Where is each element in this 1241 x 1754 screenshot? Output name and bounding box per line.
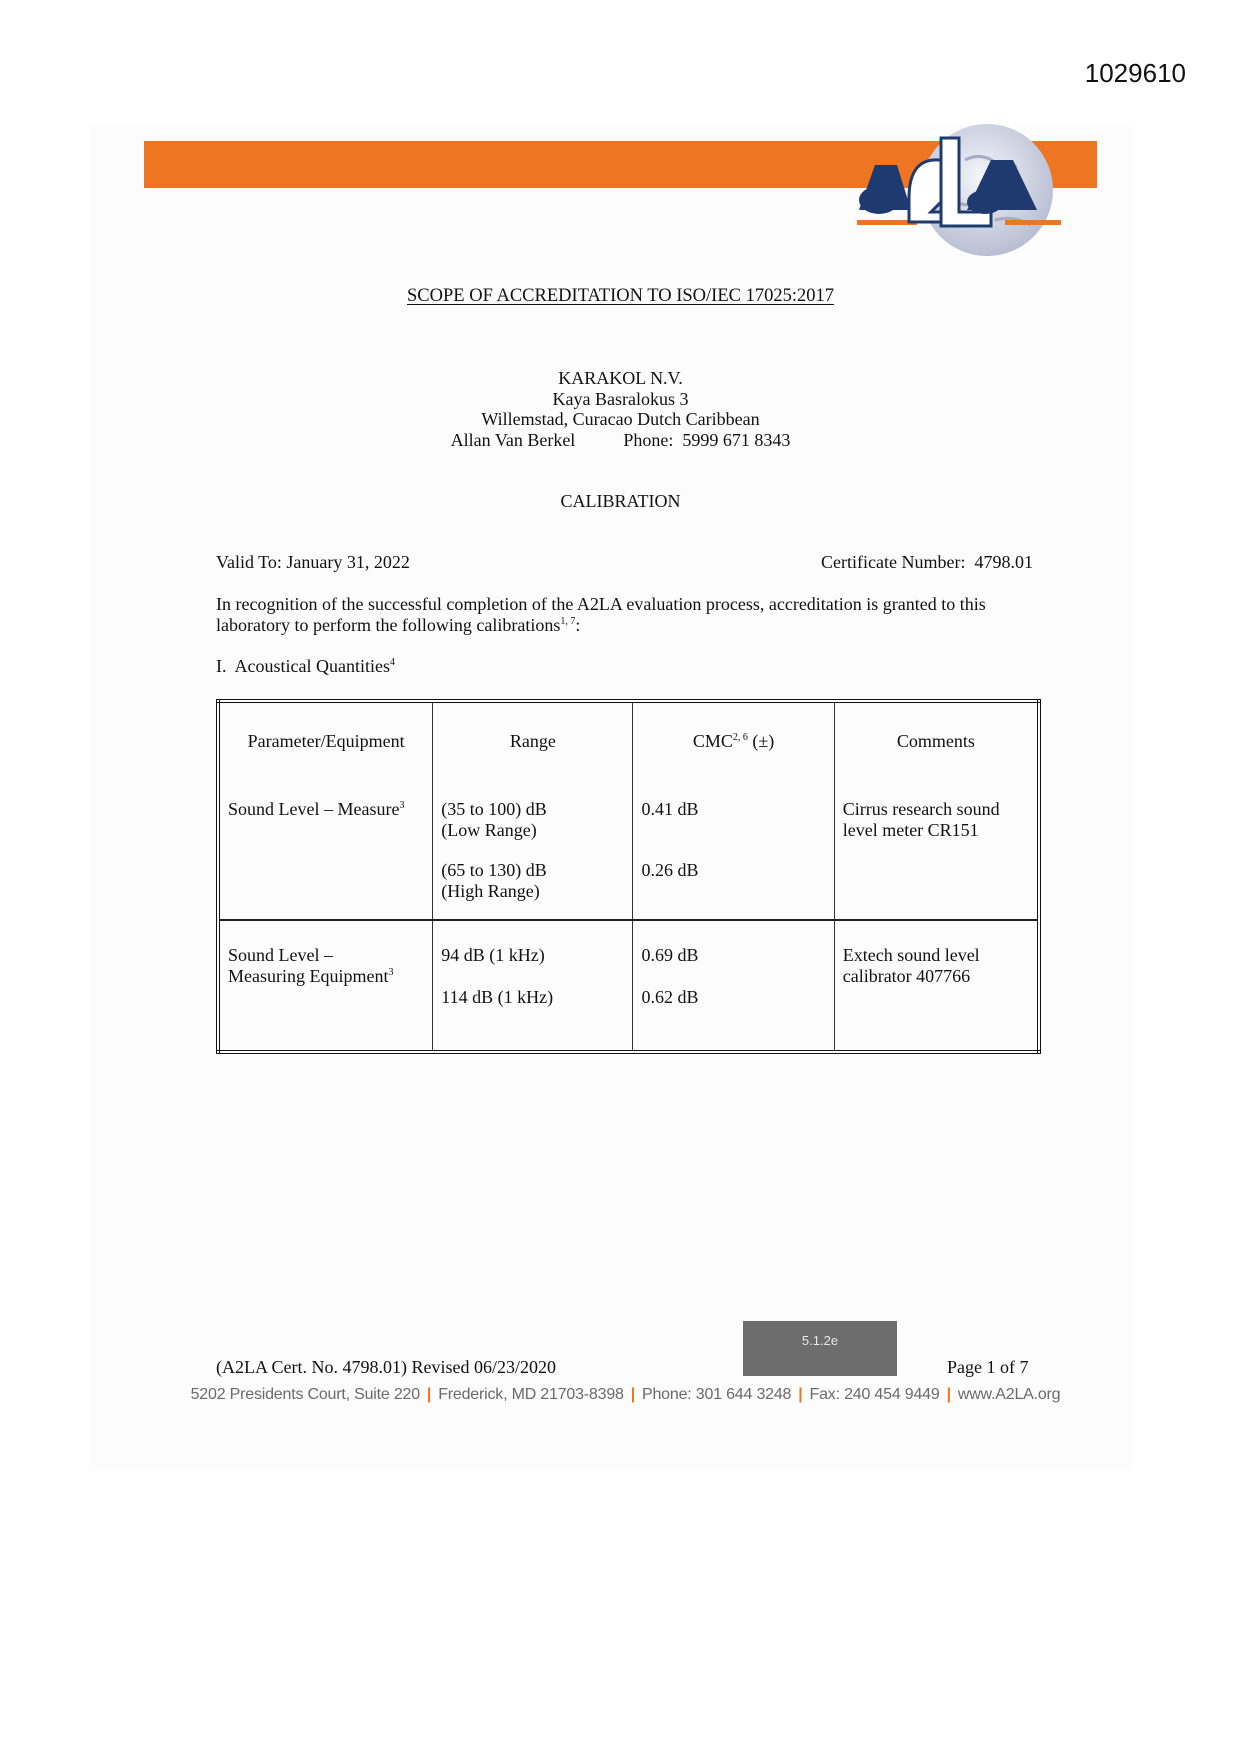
lab-contact: Allan Van Berkel (451, 430, 576, 450)
scope-table: Parameter/Equipment Range CMC2, 6 (±) Co… (216, 699, 1041, 1054)
phone-label: Phone: (623, 430, 673, 450)
valid-to-date: January 31, 2022 (286, 552, 409, 572)
table-header: Parameter/Equipment Range CMC2, 6 (±) Co… (218, 701, 1039, 779)
footnote-ref: 1, 7 (560, 616, 575, 627)
page-number: Page 1 of 7 (947, 1357, 1028, 1378)
cell-parameter: Sound Level – Measuring Equipment3 (218, 920, 433, 1052)
a2la-logo-icon (845, 120, 1075, 260)
cell-cmc: 0.41 dB 0.26 dB (633, 779, 834, 920)
lab-street: Kaya Basralokus 3 (0, 389, 1241, 410)
header-cmc: CMC2, 6 (±) (633, 701, 834, 779)
lab-info: KARAKOL N.V. Kaya Basralokus 3 Willemsta… (0, 368, 1241, 450)
certificate-number: Certificate Number: 4798.01 (821, 552, 1033, 573)
intro-paragraph: In recognition of the successful complet… (216, 594, 1036, 635)
lab-city: Willemstad, Curacao Dutch Caribbean (0, 409, 1241, 430)
section-stamp: 5.1.2e (743, 1321, 897, 1376)
website-link[interactable]: www.A2LA.org (958, 1386, 1061, 1403)
lab-phone: 5999 671 8343 (682, 430, 790, 450)
table-row: Sound Level – Measuring Equipment3 94 dB… (218, 920, 1039, 1052)
table-row: Sound Level – Measure3 (35 to 100) dB (L… (218, 779, 1039, 920)
cell-cmc: 0.69 dB 0.62 dB (633, 920, 834, 1052)
cell-range: (35 to 100) dB (Low Range) (65 to 130) d… (433, 779, 633, 920)
document-title: SCOPE OF ACCREDITATION TO ISO/IEC 17025:… (0, 286, 1241, 307)
footer-revision: (A2LA Cert. No. 4798.01) Revised 06/23/2… (216, 1357, 556, 1378)
header-parameter: Parameter/Equipment (218, 701, 433, 779)
certificate-label: Certificate Number: (821, 552, 965, 572)
lab-name: KARAKOL N.V. (0, 368, 1241, 389)
section-heading: I. Acoustical Quantities4 (216, 656, 395, 677)
cell-comments: Cirrus research sound level meter CR151 (834, 779, 1039, 920)
footnote-ref: 4 (390, 657, 395, 668)
footer-address: 5202 Presidents Court, Suite 220|Frederi… (143, 1386, 1108, 1404)
document-id: 1029610 (1085, 58, 1186, 89)
cell-range: 94 dB (1 kHz) 114 dB (1 kHz) (433, 920, 633, 1052)
certificate-value: 4798.01 (975, 552, 1034, 572)
lab-contact-line: Allan Van BerkelPhone: 5999 671 8343 (0, 430, 1241, 451)
header-range: Range (433, 701, 633, 779)
valid-to-label: Valid To: (216, 552, 282, 572)
accreditation-field: CALIBRATION (0, 491, 1241, 512)
cell-parameter: Sound Level – Measure3 (218, 779, 433, 920)
valid-to: Valid To: January 31, 2022 (216, 552, 410, 573)
header-comments: Comments (834, 701, 1039, 779)
cell-comments: Extech sound level calibrator 407766 (834, 920, 1039, 1052)
